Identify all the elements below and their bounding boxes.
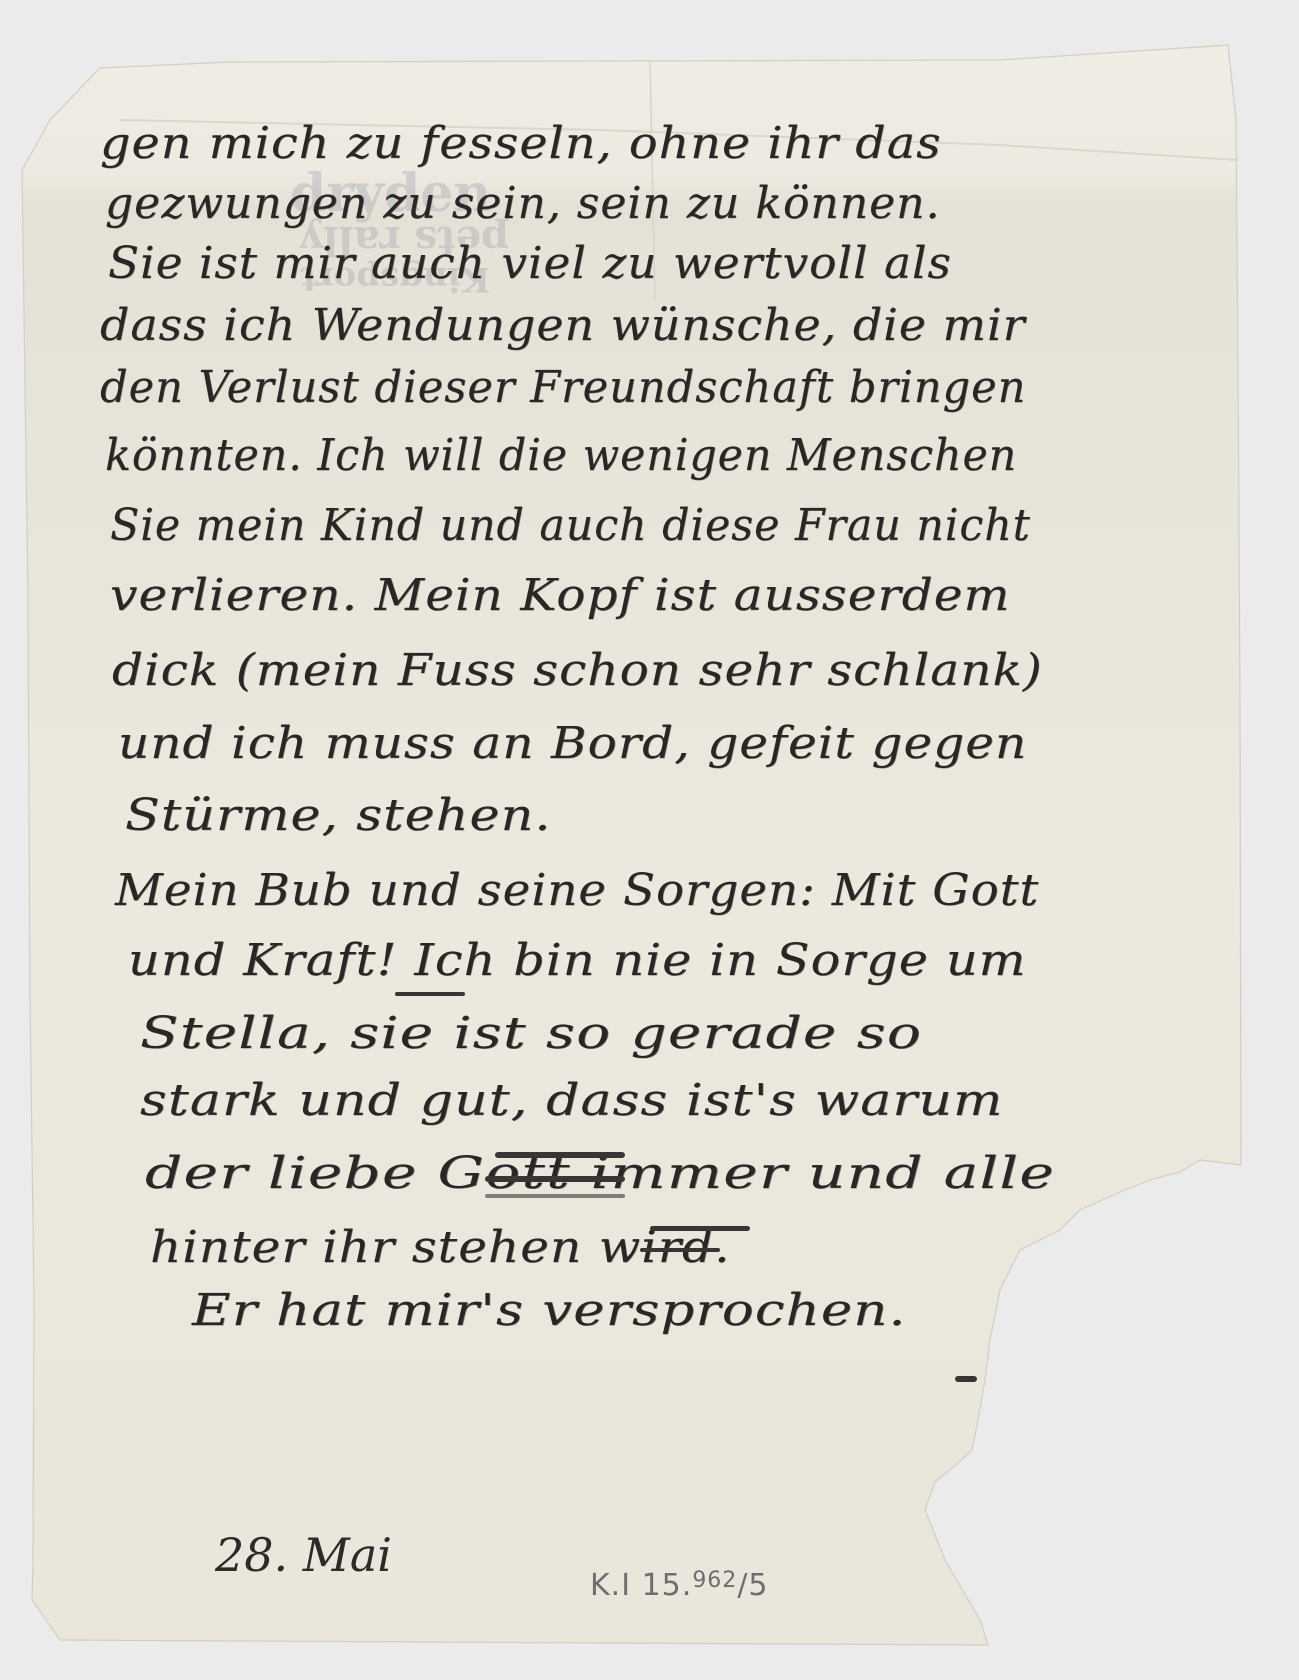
archive-number-sup: 962 xyxy=(692,1568,737,1593)
letter-line-10: und ich muss an Bord, gefeit gegen xyxy=(118,718,1027,769)
letter-line-13: und Kraft! Ich bin nie in Sorge um xyxy=(128,935,1027,986)
underline-gut xyxy=(495,1152,625,1158)
letter-line-14: Stella, sie ist so gerade so xyxy=(140,1008,922,1059)
underline-nie xyxy=(395,992,465,996)
underline-gott-2 xyxy=(485,1194,625,1198)
letter-line-1: gen mich zu fesseln, ohne ihr das xyxy=(100,118,942,169)
archive-number: K.I 15.962/5 xyxy=(590,1568,769,1603)
letter-line-2: gezwungen zu sein, sein zu können. xyxy=(105,178,940,229)
underline-immer-1 xyxy=(650,1226,750,1231)
letter-date: 28. Mai xyxy=(215,1528,392,1582)
letter-line-4: dass ich Wendungen wünsche, die mir xyxy=(100,300,1026,351)
archive-suffix: /5 xyxy=(737,1568,768,1603)
underline-immer-2 xyxy=(640,1248,720,1252)
letter-line-11: Stürme, stehen. xyxy=(125,790,552,841)
letter-line-12: Mein Bub und seine Sorgen: Mit Gott xyxy=(115,865,1039,916)
letter-line-3: Sie ist mir auch viel zu wertvoll als xyxy=(108,238,952,289)
letter-line-18: Er hat mir's versprochen. xyxy=(192,1285,907,1336)
letter-line-7: Sie mein Kind und auch diese Frau nicht xyxy=(110,500,1031,551)
letter-body: gen mich zu fesseln, ohne ihr das gezwun… xyxy=(0,0,1299,1680)
document-scan: dryden pets rally Kingsport gen mich zu … xyxy=(0,0,1299,1680)
letter-line-9: dick (mein Fuss schon sehr schlank) xyxy=(112,645,1043,696)
letter-line-15: stark und gut, dass ist's warum xyxy=(140,1075,1003,1126)
archive-prefix: K.I 15. xyxy=(590,1568,692,1603)
ink-mark-edge xyxy=(955,1376,977,1382)
letter-line-6: könnten. Ich will die wenigen Menschen xyxy=(105,430,1017,481)
letter-line-8: verlieren. Mein Kopf ist ausserdem xyxy=(110,570,1011,621)
underline-gott-1 xyxy=(485,1176,625,1182)
letter-line-5: den Verlust dieser Freundschaft bringen xyxy=(100,362,1026,413)
